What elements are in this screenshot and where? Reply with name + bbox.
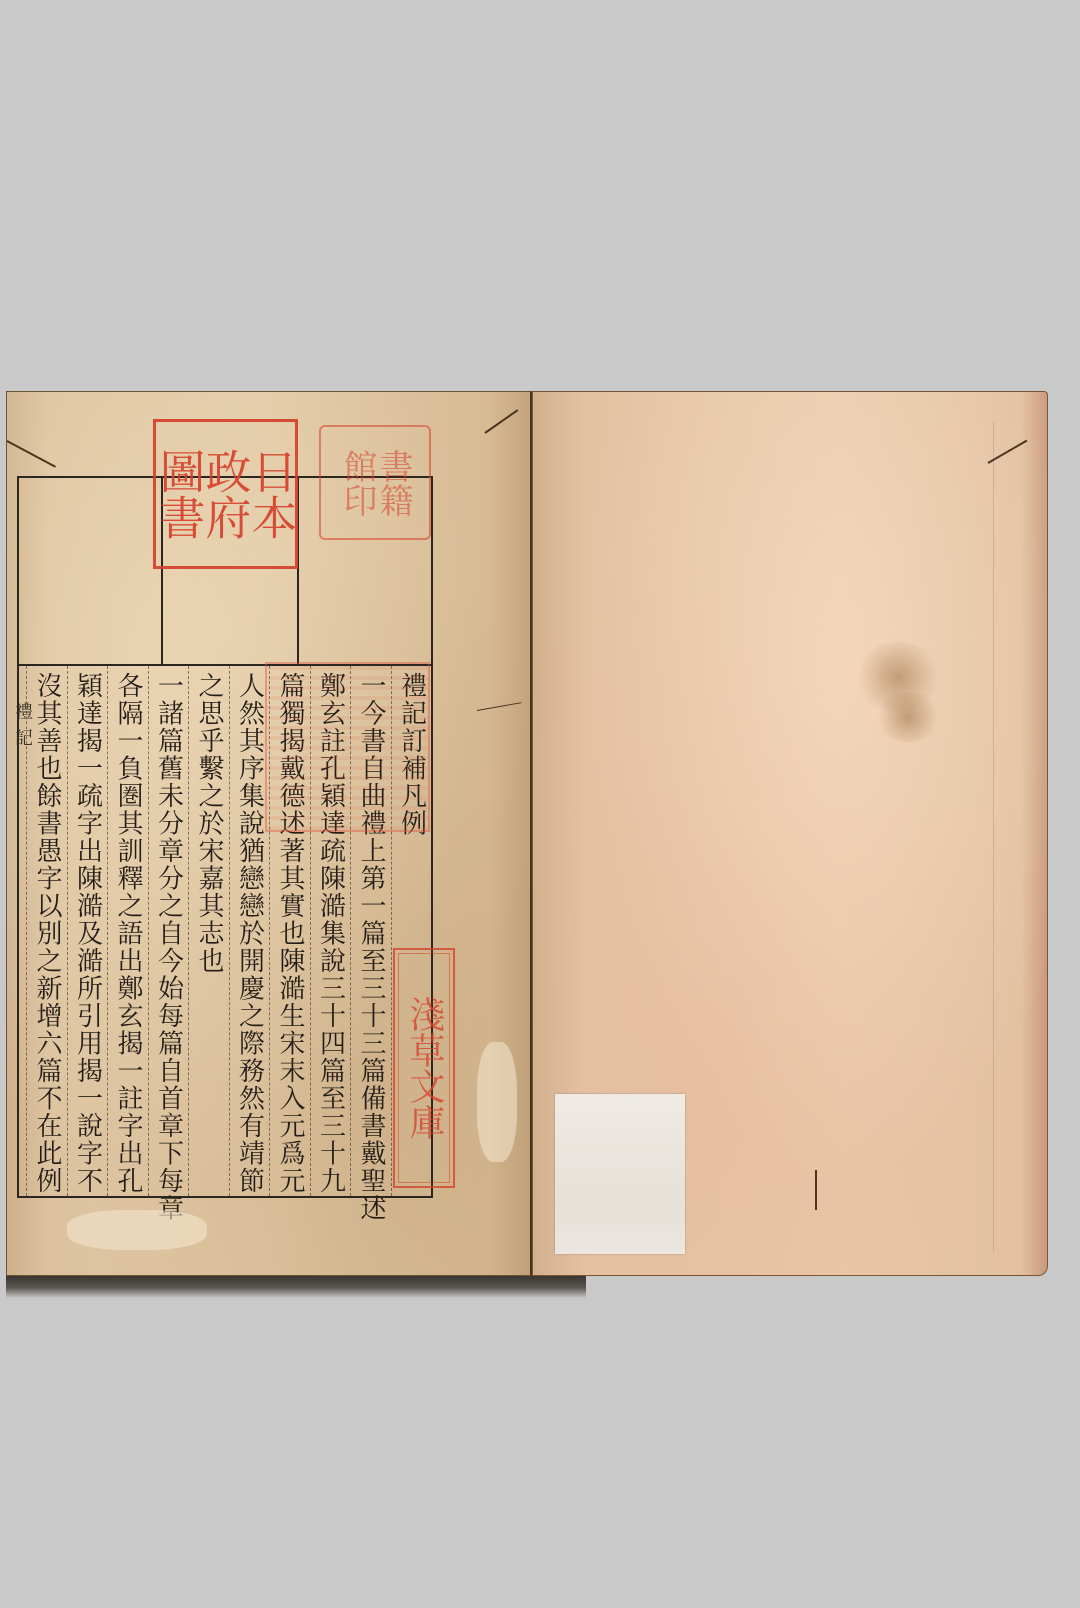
seal-text: 政府 [203,448,249,540]
printed-frame: 禮記訂補凡例 一今書自曲禮上第一篇至三十三篇備書戴聖述 鄭玄註孔穎達疏陳澔集說三… [17,476,433,1198]
text-column: 沒其善也餘書愚字以別之新增六篇不在此例 [26,666,67,1196]
paper-crack [7,440,57,468]
column-text: 沒其善也餘書愚字以別之新增六篇不在此例 [27,666,67,1195]
left-page: 禮記 禮記訂補凡例 一今書自曲禮上第一篇至三十三篇備書戴聖述 鄭玄註孔穎達疏陳澔… [6,391,532,1276]
seal-text: 館印 [339,449,375,517]
paper-crack [815,1170,819,1210]
paper-wear [67,1210,207,1250]
text-column: 人然其序集說猶戀戀於開慶之際務然有靖節 [229,666,270,1196]
water-stain [873,692,943,742]
label-sticker [555,1094,685,1254]
column-text: 人然其序集說猶戀戀於開慶之際務然有靖節 [230,666,270,1195]
column-text: 一諸篇舊未分章分之自今始每篇自首章下每章 [149,666,189,1222]
seal-text: 圖書 [157,448,203,540]
paper-wear [477,1042,517,1162]
column-text: 各隔一負圏其訓釋之語出鄭玄揭一註字出孔 [108,666,148,1195]
seal-text: 淺草文庫 [398,996,450,1140]
seal-text: 書籍 [375,449,411,517]
text-column: 一諸篇舊未分章分之自今始每篇自首章下每章 [148,666,189,1196]
text-column: 穎達揭一疏字出陳澔及澔所引用揭一說字不 [67,666,108,1196]
column-text: 之思乎繫之於宋嘉其志也 [189,666,229,975]
seal-shoseki-kan: 書籍 館印 [319,425,431,540]
seal-asakusa-bunko: 淺草文庫 [393,948,455,1188]
seal-text: 日本 [249,448,295,540]
fold-line [993,422,994,1252]
seal-nihon-seifu-tosho: 日本 政府 圖書 [153,419,298,569]
column-text: 穎達揭一疏字出陳澔及澔所引用揭一說字不 [68,666,108,1195]
book-spread: 禮記 禮記訂補凡例 一今書自曲禮上第一篇至三十三篇備書戴聖述 鄭玄註孔穎達疏陳澔… [6,391,1048,1276]
seal-overprint-faint [265,662,430,832]
paper-crack [477,702,521,711]
text-column: 之思乎繫之於宋嘉其志也 [188,666,229,1196]
right-page [532,391,1048,1276]
text-column: 各隔一負圏其訓釋之語出鄭玄揭一註字出孔 [107,666,148,1196]
paper-crack [484,409,518,434]
